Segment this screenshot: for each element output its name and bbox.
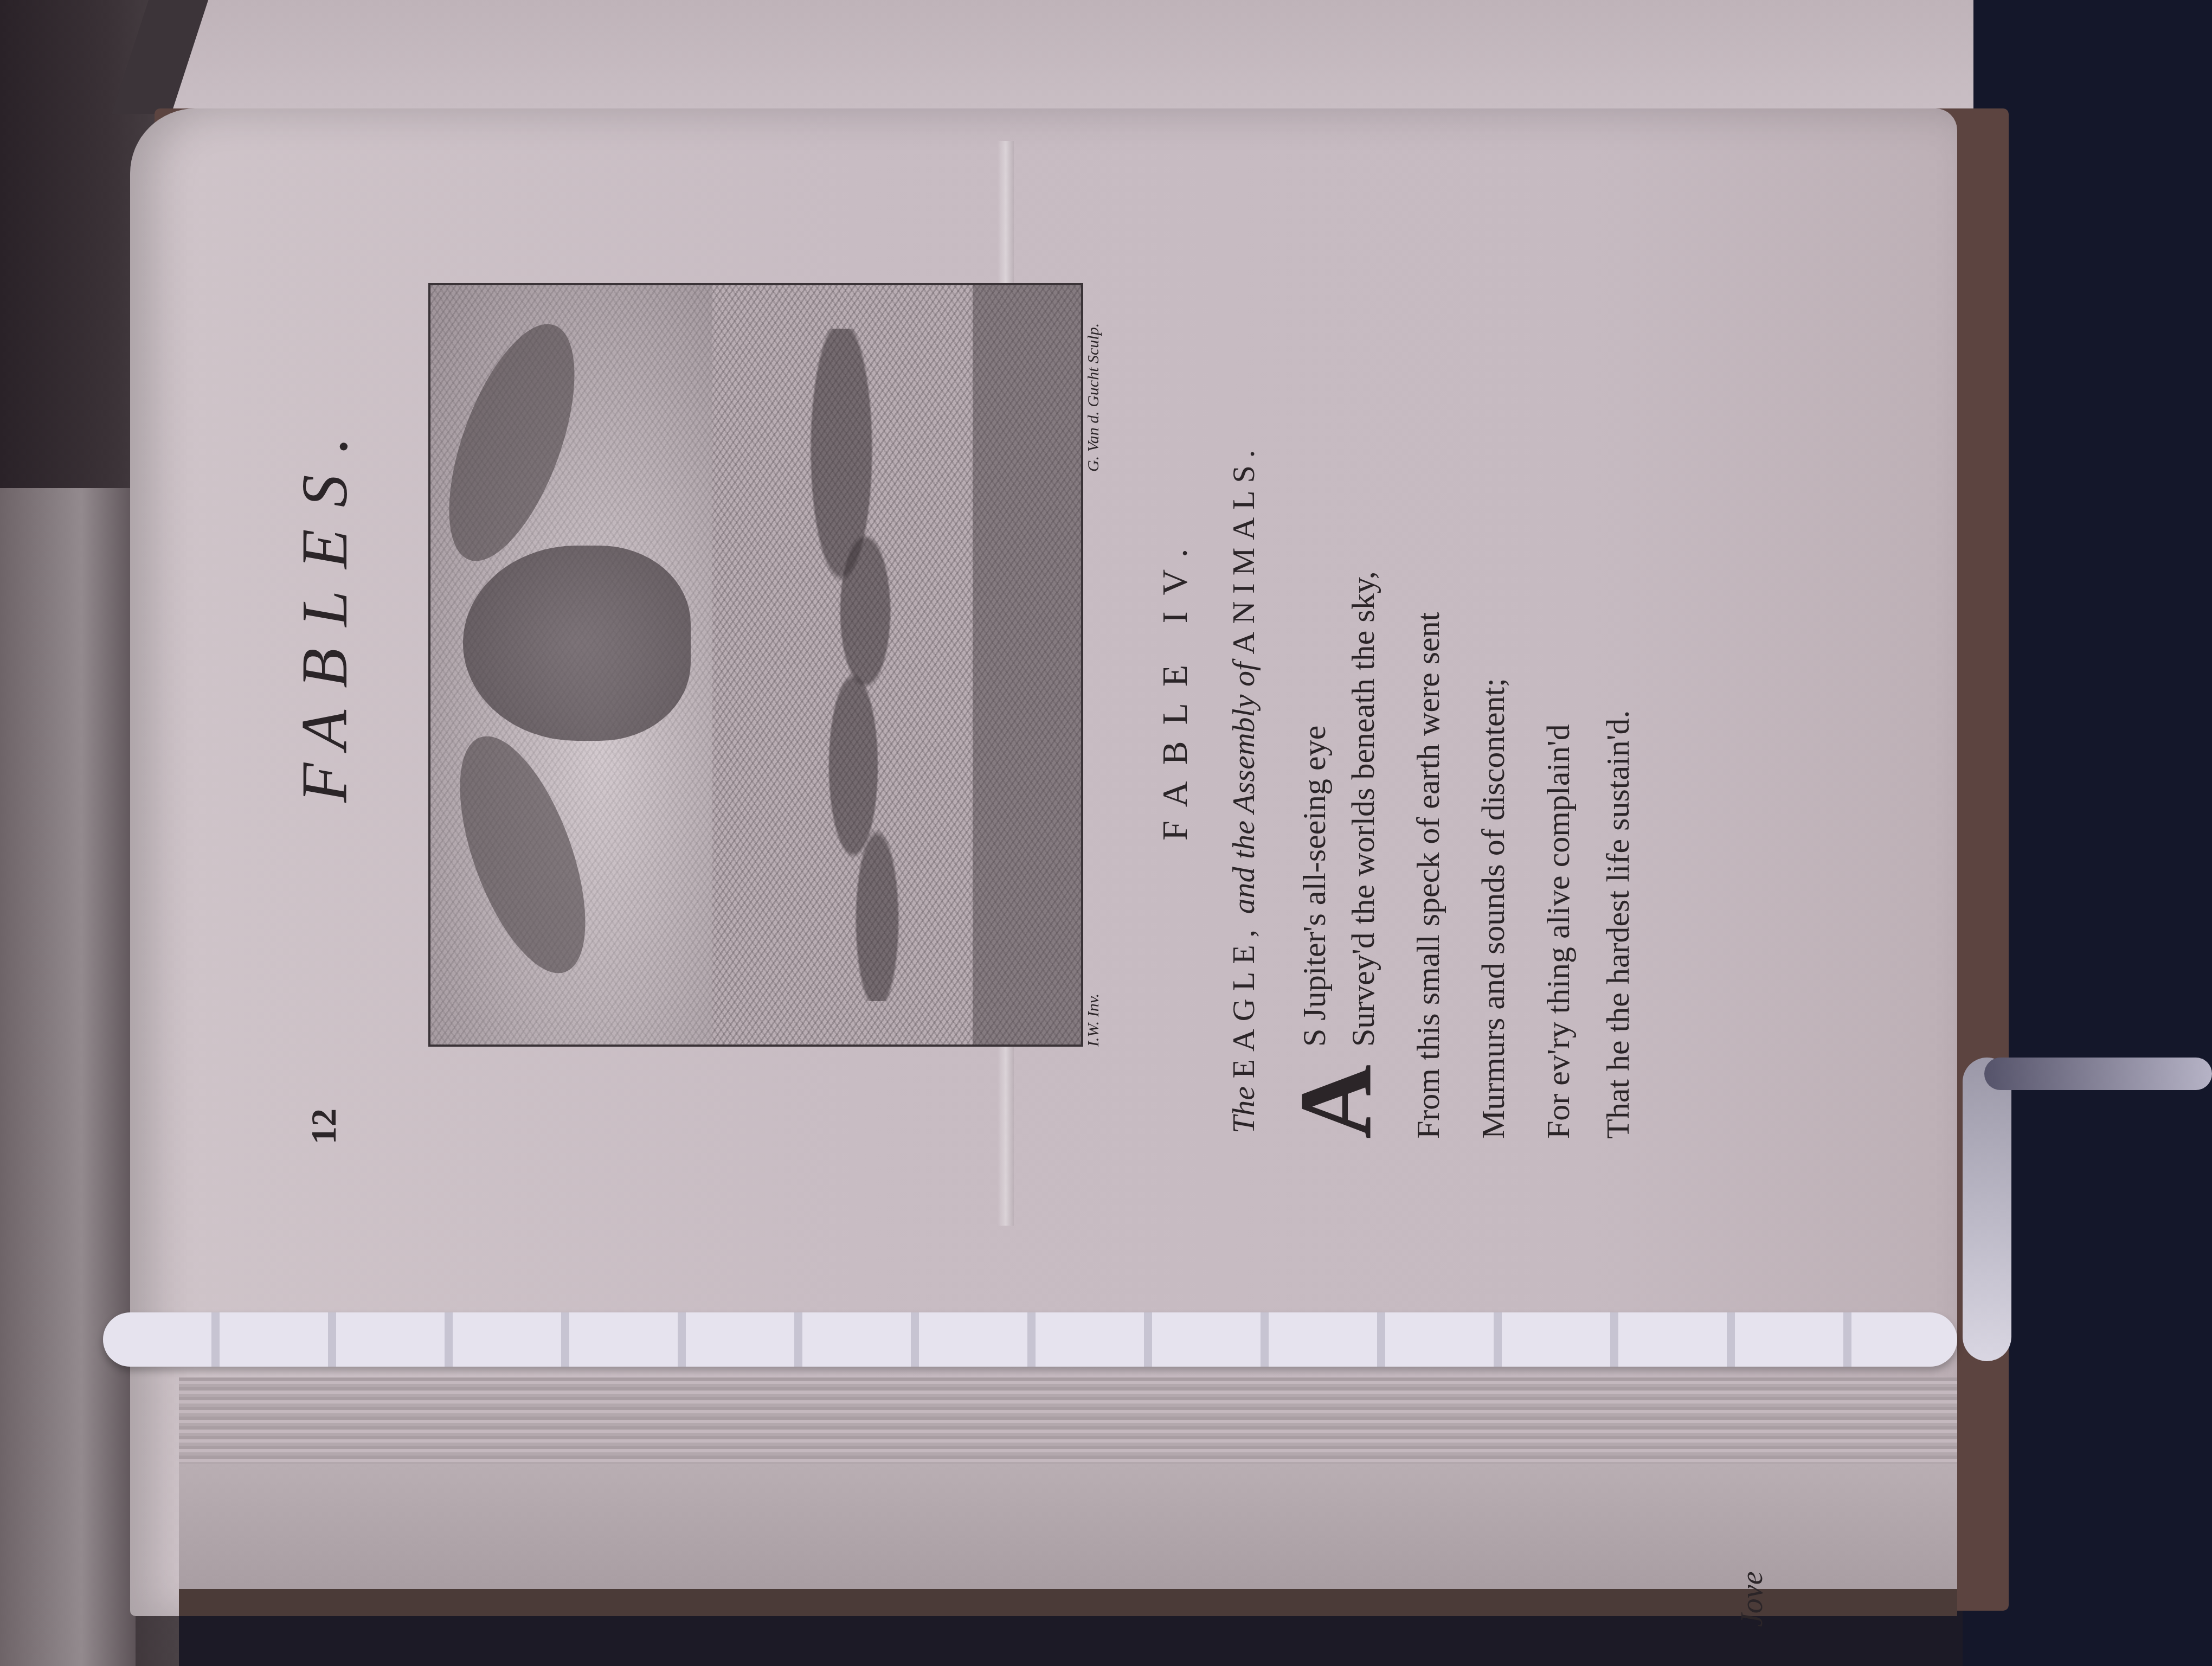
page-content: 12 FABLES. I.W. Inv. G. Van d. Gucht Scu… bbox=[304, 98, 1767, 1182]
catchword: Jove bbox=[1735, 1571, 1770, 1627]
snake-weight-cord bbox=[103, 1312, 1957, 1367]
verse-line: That he the hardest life sustain'd. bbox=[1599, 710, 1637, 1139]
plate-credit-inventor: I.W. Inv. bbox=[1084, 994, 1103, 1047]
verse-line: Survey'd the worlds beneath the sky, bbox=[1345, 571, 1382, 1047]
engraving-frame bbox=[428, 283, 1083, 1047]
fable-number: FABLE IV. bbox=[1155, 533, 1196, 841]
snake-weight-tail bbox=[1984, 1058, 2212, 1090]
verse-line: S Jupiter's all-seeing eye bbox=[1296, 726, 1333, 1047]
facing-page bbox=[163, 0, 1973, 108]
fable-title-eagle: EAGLE, bbox=[1226, 922, 1261, 1079]
verse-line: Murmurs and sounds of discontent; bbox=[1475, 678, 1512, 1139]
fable-title-animals: ANIMALS. bbox=[1226, 443, 1261, 655]
fable-title: The EAGLE, and the Assembly of ANIMALS. bbox=[1225, 443, 1262, 1133]
engraving-plate: I.W. Inv. G. Van d. Gucht Sculp. bbox=[428, 277, 1079, 1047]
endpaper bbox=[179, 1464, 1957, 1594]
fable-title-the: The bbox=[1226, 1086, 1261, 1133]
binding-edge bbox=[179, 1589, 1957, 1616]
animals-group bbox=[734, 329, 973, 1001]
snake-weight-bend bbox=[1963, 1058, 2011, 1361]
plate-credit-engraver: G. Van d. Gucht Sculp. bbox=[1084, 323, 1103, 472]
drop-cap: A bbox=[1290, 1065, 1382, 1139]
engraving-ground bbox=[973, 285, 1081, 1045]
verse-line: From this small speck of earth were sent bbox=[1410, 612, 1447, 1139]
fable-title-middle: and the Assembly of bbox=[1226, 662, 1261, 914]
verse-line: For ev'ry thing alive complain'd bbox=[1540, 724, 1577, 1139]
eagle-figure bbox=[463, 546, 691, 741]
page-number: 12 bbox=[304, 1108, 345, 1144]
page-edges bbox=[179, 1377, 1957, 1464]
running-head: FABLES. bbox=[287, 415, 362, 803]
background-shelf-edge bbox=[0, 488, 136, 1666]
